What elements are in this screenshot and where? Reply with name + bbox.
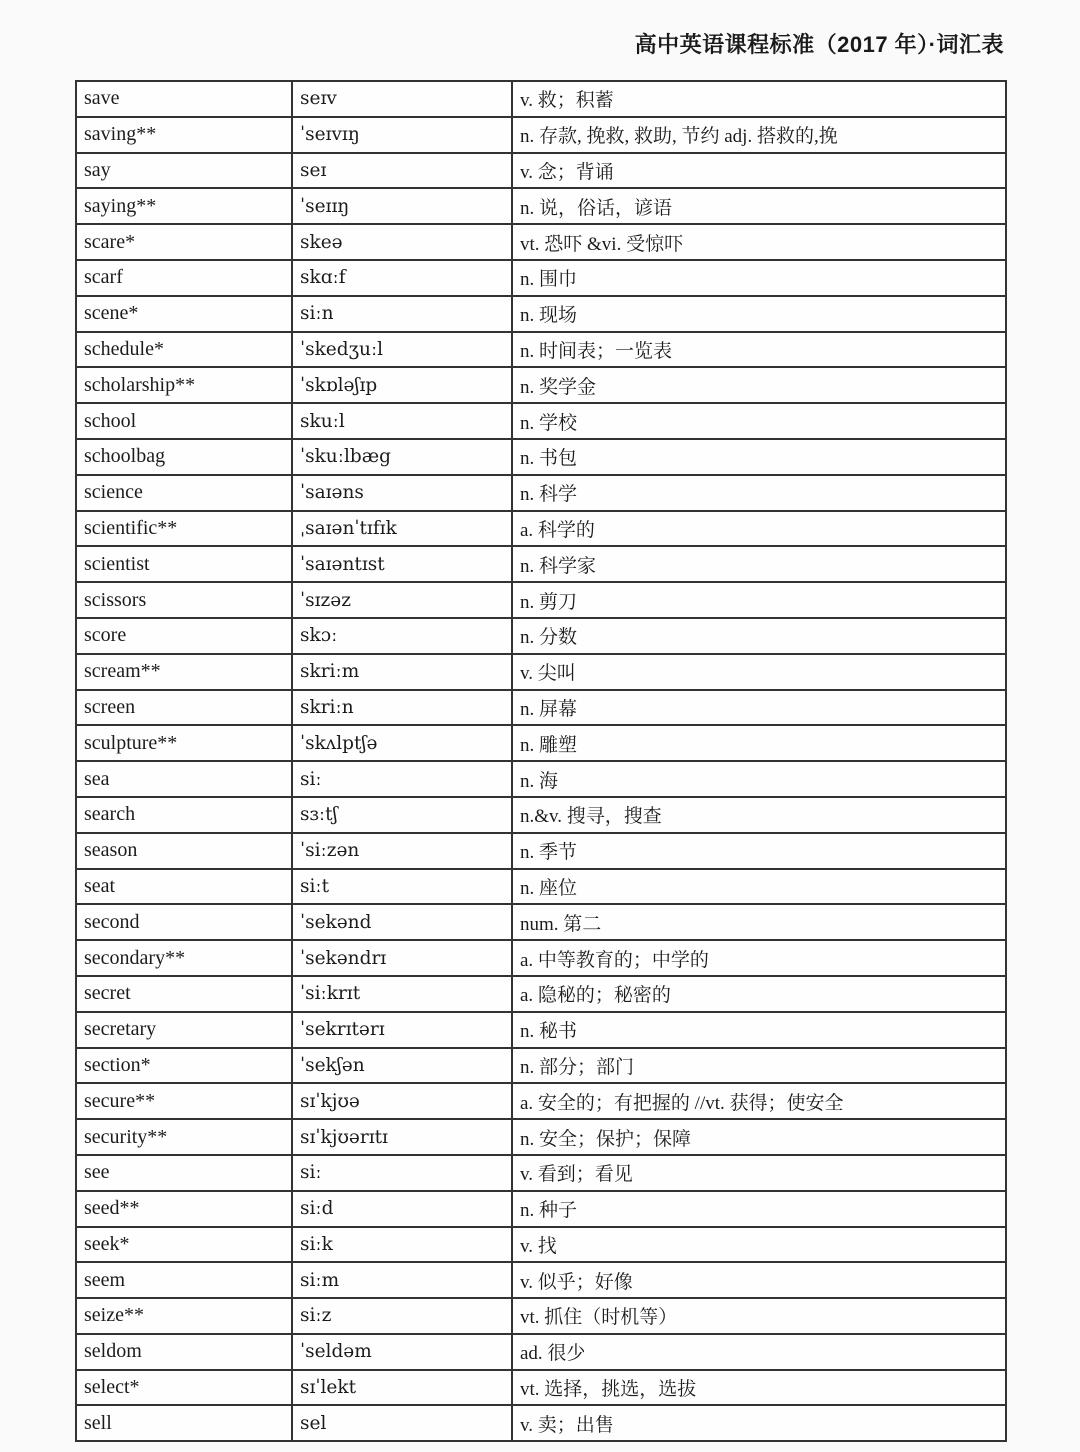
def-cell: n. 书包 — [512, 439, 1006, 475]
word-cell: seek* — [76, 1227, 292, 1263]
def-cell: v. 尖叫 — [512, 654, 1006, 690]
def-cell: n. 剪刀 — [512, 582, 1006, 618]
vocab-row: sculpture**ˈskʌlptʃən. 雕塑 — [76, 725, 1006, 761]
ipa-cell: ˈskedʒuːl — [292, 332, 512, 368]
word-cell: see — [76, 1155, 292, 1191]
ipa-cell: siːn — [292, 296, 512, 332]
word-cell: section* — [76, 1048, 292, 1084]
page-header-title: 高中英语课程标准（2017 年）·词汇表 — [635, 28, 1004, 59]
ipa-cell: sɜːtʃ — [292, 797, 512, 833]
word-cell: schedule* — [76, 332, 292, 368]
vocab-row: security**sɪˈkjʊərɪtɪn. 安全；保护；保障 — [76, 1119, 1006, 1155]
word-cell: scientific** — [76, 511, 292, 547]
def-cell: n. 科学 — [512, 475, 1006, 511]
word-cell: scene* — [76, 296, 292, 332]
def-cell: num. 第二 — [512, 904, 1006, 940]
def-cell: vt. 抓住（时机等） — [512, 1298, 1006, 1334]
ipa-cell: skɔː — [292, 618, 512, 654]
word-cell: seem — [76, 1262, 292, 1298]
ipa-cell: ˈseɪɪŋ — [292, 188, 512, 224]
word-cell: saying** — [76, 188, 292, 224]
vocab-row: scream**skriːmv. 尖叫 — [76, 654, 1006, 690]
word-cell: science — [76, 475, 292, 511]
vocab-row: seesiːv. 看到；看见 — [76, 1155, 1006, 1191]
def-cell: n. 奖学金 — [512, 367, 1006, 403]
def-cell: ad. 很少 — [512, 1334, 1006, 1370]
ipa-cell: skuːl — [292, 403, 512, 439]
ipa-cell: ˈsiːzən — [292, 833, 512, 869]
word-cell: scare* — [76, 224, 292, 260]
def-cell: v. 念；背诵 — [512, 153, 1006, 189]
vocab-row: searchsɜːtʃn.&v. 搜寻，搜查 — [76, 797, 1006, 833]
def-cell: n. 存款, 挽救, 救助, 节约 adj. 搭救的,挽 — [512, 117, 1006, 153]
def-cell: n. 分数 — [512, 618, 1006, 654]
def-cell: n. 海 — [512, 761, 1006, 797]
word-cell: screen — [76, 690, 292, 726]
ipa-cell: siː — [292, 761, 512, 797]
ipa-cell: ˈseɪvɪŋ — [292, 117, 512, 153]
def-cell: a. 隐秘的；秘密的 — [512, 976, 1006, 1012]
word-cell: scientist — [76, 546, 292, 582]
def-cell: n. 现场 — [512, 296, 1006, 332]
def-cell: a. 中等教育的；中学的 — [512, 940, 1006, 976]
word-cell: secure** — [76, 1083, 292, 1119]
def-cell: n. 安全；保护；保障 — [512, 1119, 1006, 1155]
vocab-row: schoolbagˈskuːlbægn. 书包 — [76, 439, 1006, 475]
word-cell: secret — [76, 976, 292, 1012]
def-cell: v. 卖；出售 — [512, 1405, 1006, 1441]
ipa-cell: ˈsekəndrɪ — [292, 940, 512, 976]
def-cell: n. 秘书 — [512, 1012, 1006, 1048]
vocab-row: scientistˈsaɪəntɪstn. 科学家 — [76, 546, 1006, 582]
vocab-row: seek*siːkv. 找 — [76, 1227, 1006, 1263]
word-cell: save — [76, 81, 292, 117]
def-cell: n. 围巾 — [512, 260, 1006, 296]
vocab-row: sellselv. 卖；出售 — [76, 1405, 1006, 1441]
word-cell: school — [76, 403, 292, 439]
word-cell: score — [76, 618, 292, 654]
ipa-cell: ˈsɪzəz — [292, 582, 512, 618]
ipa-cell: skriːn — [292, 690, 512, 726]
word-cell: scream** — [76, 654, 292, 690]
word-cell: season — [76, 833, 292, 869]
word-cell: select* — [76, 1370, 292, 1406]
vocab-row: saying**ˈseɪɪŋn. 说，俗话，谚语 — [76, 188, 1006, 224]
vocab-row: saving**ˈseɪvɪŋn. 存款, 挽救, 救助, 节约 adj. 搭救… — [76, 117, 1006, 153]
def-cell: n. 科学家 — [512, 546, 1006, 582]
vocab-row: schedule*ˈskedʒuːln. 时间表；一览表 — [76, 332, 1006, 368]
word-cell: seed** — [76, 1191, 292, 1227]
ipa-cell: ˈsekʃən — [292, 1048, 512, 1084]
ipa-cell: skeə — [292, 224, 512, 260]
vocab-row: scientific**ˌsaɪənˈtɪfɪka. 科学的 — [76, 511, 1006, 547]
vocab-row: screenskriːnn. 屏幕 — [76, 690, 1006, 726]
vocab-row: saveseɪvv. 救；积蓄 — [76, 81, 1006, 117]
ipa-cell: sɪˈkjʊərɪtɪ — [292, 1119, 512, 1155]
ipa-cell: ˈskuːlbæg — [292, 439, 512, 475]
word-cell: say — [76, 153, 292, 189]
def-cell: vt. 恐吓 &vi. 受惊吓 — [512, 224, 1006, 260]
ipa-cell: sel — [292, 1405, 512, 1441]
vocab-row: secure**sɪˈkjʊəa. 安全的；有把握的 //vt. 获得；使安全 — [76, 1083, 1006, 1119]
word-cell: sea — [76, 761, 292, 797]
ipa-cell: ˈsekənd — [292, 904, 512, 940]
def-cell: n. 部分；部门 — [512, 1048, 1006, 1084]
vocab-row: section*ˈsekʃənn. 部分；部门 — [76, 1048, 1006, 1084]
ipa-cell: siːt — [292, 869, 512, 905]
def-cell: a. 安全的；有把握的 //vt. 获得；使安全 — [512, 1083, 1006, 1119]
def-cell: n. 座位 — [512, 869, 1006, 905]
vocab-row: scarfskɑːfn. 围巾 — [76, 260, 1006, 296]
word-cell: search — [76, 797, 292, 833]
vocab-row: scholarship**ˈskɒləʃɪpn. 奖学金 — [76, 367, 1006, 403]
def-cell: n. 说，俗话，谚语 — [512, 188, 1006, 224]
vocab-row: secondary**ˈsekəndrɪa. 中等教育的；中学的 — [76, 940, 1006, 976]
vocab-row: seasiːn. 海 — [76, 761, 1006, 797]
vocab-row: seldomˈseldəmad. 很少 — [76, 1334, 1006, 1370]
def-cell: n.&v. 搜寻，搜查 — [512, 797, 1006, 833]
def-cell: n. 雕塑 — [512, 725, 1006, 761]
ipa-cell: skɑːf — [292, 260, 512, 296]
vocab-row: seemsiːmv. 似乎；好像 — [76, 1262, 1006, 1298]
word-cell: saving** — [76, 117, 292, 153]
ipa-cell: ˈsaɪəns — [292, 475, 512, 511]
vocab-row: seize**siːzvt. 抓住（时机等） — [76, 1298, 1006, 1334]
word-cell: schoolbag — [76, 439, 292, 475]
word-cell: scissors — [76, 582, 292, 618]
ipa-cell: siːz — [292, 1298, 512, 1334]
ipa-cell: seɪ — [292, 153, 512, 189]
word-cell: security** — [76, 1119, 292, 1155]
word-cell: secretary — [76, 1012, 292, 1048]
ipa-cell: seɪv — [292, 81, 512, 117]
word-cell: seat — [76, 869, 292, 905]
ipa-cell: ˈskʌlptʃə — [292, 725, 512, 761]
word-cell: scholarship** — [76, 367, 292, 403]
def-cell: n. 时间表；一览表 — [512, 332, 1006, 368]
vocab-row: secretˈsiːkrɪta. 隐秘的；秘密的 — [76, 976, 1006, 1012]
def-cell: n. 学校 — [512, 403, 1006, 439]
ipa-cell: ˈseldəm — [292, 1334, 512, 1370]
ipa-cell: sɪˈkjʊə — [292, 1083, 512, 1119]
vocab-row: secretaryˈsekrɪtərɪn. 秘书 — [76, 1012, 1006, 1048]
word-cell: secondary** — [76, 940, 292, 976]
vocab-row: seatsiːtn. 座位 — [76, 869, 1006, 905]
word-cell: seize** — [76, 1298, 292, 1334]
vocab-row: seed**siːdn. 种子 — [76, 1191, 1006, 1227]
def-cell: vt. 选择，挑选，选拔 — [512, 1370, 1006, 1406]
word-cell: scarf — [76, 260, 292, 296]
vocab-row: seasonˈsiːzənn. 季节 — [76, 833, 1006, 869]
vocabulary-table-body: saveseɪvv. 救；积蓄saving**ˈseɪvɪŋn. 存款, 挽救,… — [76, 81, 1006, 1441]
word-cell: sell — [76, 1405, 292, 1441]
word-cell: sculpture** — [76, 725, 292, 761]
ipa-cell: siːm — [292, 1262, 512, 1298]
ipa-cell: siː — [292, 1155, 512, 1191]
vocab-row: scene*siːnn. 现场 — [76, 296, 1006, 332]
def-cell: v. 看到；看见 — [512, 1155, 1006, 1191]
ipa-cell: ˈsekrɪtərɪ — [292, 1012, 512, 1048]
vocab-row: scare*skeəvt. 恐吓 &vi. 受惊吓 — [76, 224, 1006, 260]
vocab-row: select*sɪˈlektvt. 选择，挑选，选拔 — [76, 1370, 1006, 1406]
def-cell: n. 季节 — [512, 833, 1006, 869]
vocab-row: scoreskɔːn. 分数 — [76, 618, 1006, 654]
ipa-cell: siːk — [292, 1227, 512, 1263]
def-cell: v. 找 — [512, 1227, 1006, 1263]
def-cell: v. 似乎；好像 — [512, 1262, 1006, 1298]
vocab-row: scissorsˈsɪzəzn. 剪刀 — [76, 582, 1006, 618]
vocab-row: secondˈsekəndnum. 第二 — [76, 904, 1006, 940]
ipa-cell: siːd — [292, 1191, 512, 1227]
def-cell: a. 科学的 — [512, 511, 1006, 547]
ipa-cell: ˈsiːkrɪt — [292, 976, 512, 1012]
vocab-row: schoolskuːln. 学校 — [76, 403, 1006, 439]
vocab-row: scienceˈsaɪənsn. 科学 — [76, 475, 1006, 511]
ipa-cell: ˈsaɪəntɪst — [292, 546, 512, 582]
vocabulary-table: saveseɪvv. 救；积蓄saving**ˈseɪvɪŋn. 存款, 挽救,… — [75, 80, 1007, 1442]
vocab-row: sayseɪv. 念；背诵 — [76, 153, 1006, 189]
ipa-cell: sɪˈlekt — [292, 1370, 512, 1406]
word-cell: seldom — [76, 1334, 292, 1370]
def-cell: n. 种子 — [512, 1191, 1006, 1227]
ipa-cell: ˌsaɪənˈtɪfɪk — [292, 511, 512, 547]
ipa-cell: ˈskɒləʃɪp — [292, 367, 512, 403]
def-cell: v. 救；积蓄 — [512, 81, 1006, 117]
ipa-cell: skriːm — [292, 654, 512, 690]
word-cell: second — [76, 904, 292, 940]
def-cell: n. 屏幕 — [512, 690, 1006, 726]
